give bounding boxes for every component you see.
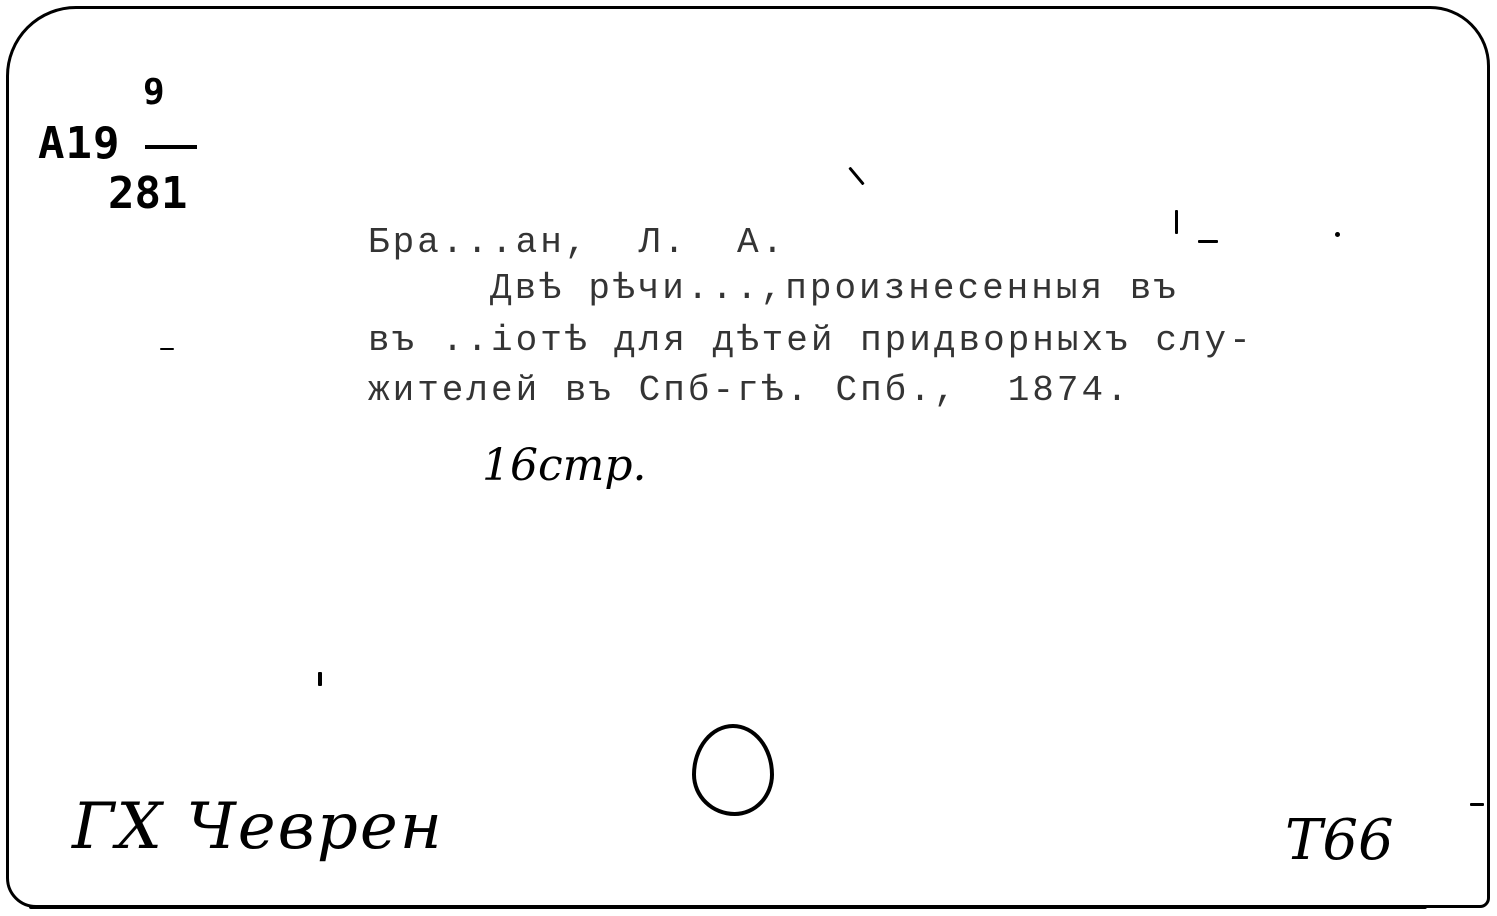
page-count-note: 16стр. (482, 440, 647, 491)
collection-stamp: ГХ Чеврен (72, 790, 444, 864)
punch-hole-icon (692, 724, 774, 816)
author-line: Бра...ан, Л. А. (368, 222, 786, 263)
scan-speck (160, 348, 174, 350)
call-number-top: 9 (143, 72, 165, 113)
scan-speck (1470, 803, 1484, 806)
title-line-2: въ ..іотѣ для дѣтей придворныхъ слу- (368, 320, 1254, 361)
scan-speck (1175, 210, 1178, 234)
imprint-line: жителей въ Спб-гѣ. Спб., 1874. (368, 370, 1131, 411)
call-number-main: A19 (38, 118, 120, 169)
inventory-mark: Т66 (1285, 808, 1394, 873)
scan-speck (1335, 232, 1340, 237)
call-number-divider (145, 145, 197, 149)
call-number-bottom: 281 (108, 168, 187, 219)
scan-speck (318, 672, 322, 686)
title-line-1: Двѣ рѣчи...,произнесенныя въ (490, 268, 1179, 309)
scan-speck (1198, 240, 1218, 243)
